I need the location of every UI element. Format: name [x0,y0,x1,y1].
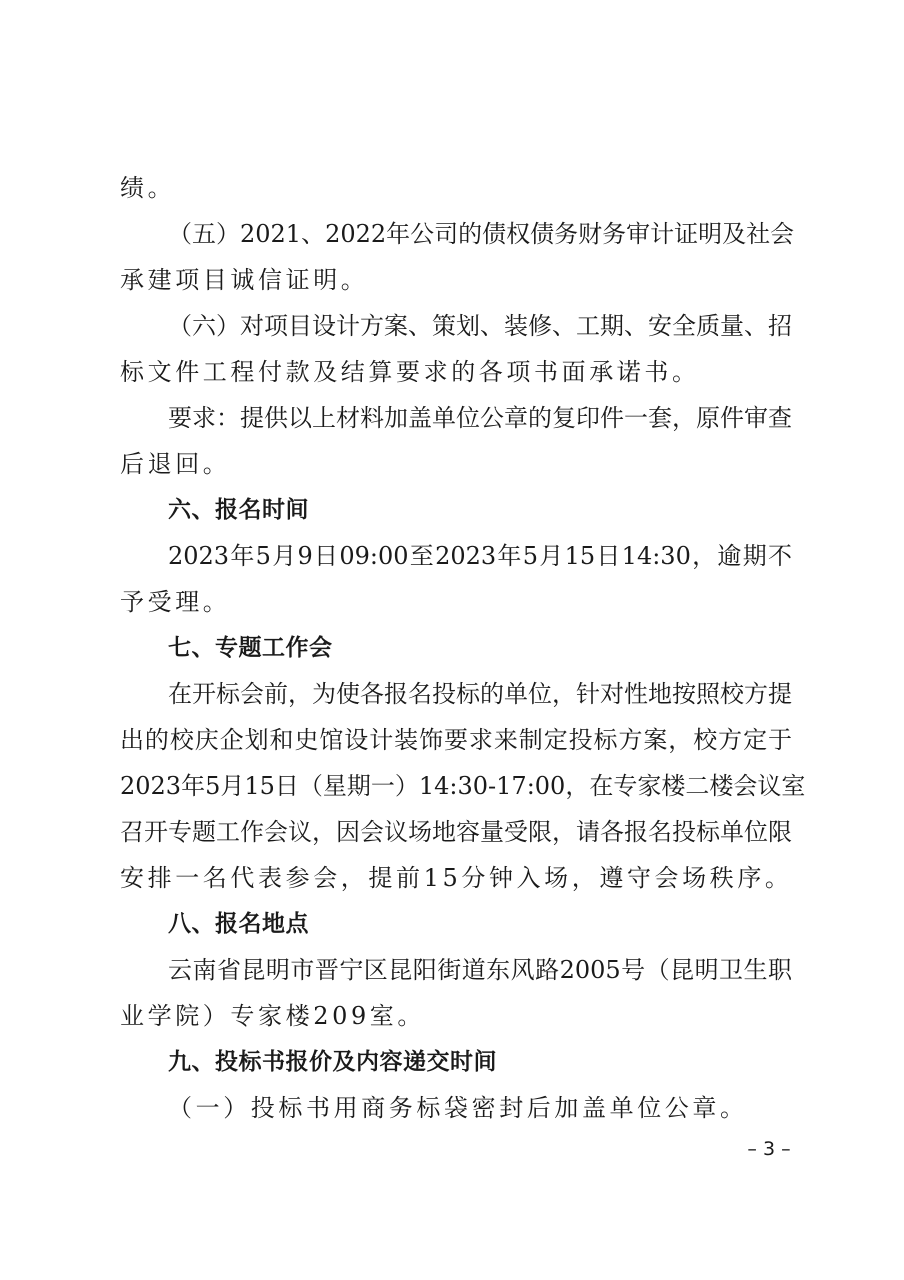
workshop-line-3: 2023年5月15日（星期一）14:30-17:00，在专家楼二楼会议室 [120,766,792,806]
item-five-line-2: 承建项目诚信证明。 [120,260,368,300]
item-six-line-2: 标文件工程付款及结算要求的各项书面承诺书。 [120,352,700,392]
workshop-line-4: 召开专题工作会议，因会议场地容量受限，请各报名投标单位限 [120,812,792,852]
bid-submission-item-one: （一）投标书用商务标袋密封后加盖单位公章。 [168,1088,748,1128]
workshop-line-1: 在开标会前，为使各报名投标的单位，针对性地按照校方提 [168,674,792,714]
registration-time-line-1: 2023年5月9日09:00至2023年5月15日14:30，逾期不 [168,536,792,576]
item-six-line-1: （六）对项目设计方案、策划、装修、工期、安全质量、招 [168,306,792,346]
requirement-line-1: 要求：提供以上材料加盖单位公章的复印件一套，原件审查 [168,398,792,438]
location-line-1: 云南省昆明市晋宁区昆阳街道东风路2005号（昆明卫生职 [168,950,792,990]
section-heading-bid-submission: 九、投标书报价及内容递交时间 [168,1042,497,1082]
registration-time-line-2: 予受理。 [120,582,230,622]
section-heading-workshop: 七、专题工作会 [168,628,333,668]
workshop-line-2: 出的校庆企划和史馆设计装饰要求来制定投标方案，校方定于 [120,720,792,760]
section-heading-registration-location: 八、报名地点 [168,904,309,944]
requirement-line-2: 后退回。 [120,444,230,484]
paragraph-line: 绩。 [120,168,175,208]
section-heading-registration-time: 六、报名时间 [168,490,309,530]
location-line-2: 业学院）专家楼209室。 [120,996,425,1036]
workshop-line-5: 安排一名代表参会，提前15分钟入场，遵守会场秩序。 [120,858,793,898]
item-five-line-1: （五）2021、2022年公司的债权债务财务审计证明及社会 [168,214,792,254]
page-number: – 3 – [744,1134,794,1164]
